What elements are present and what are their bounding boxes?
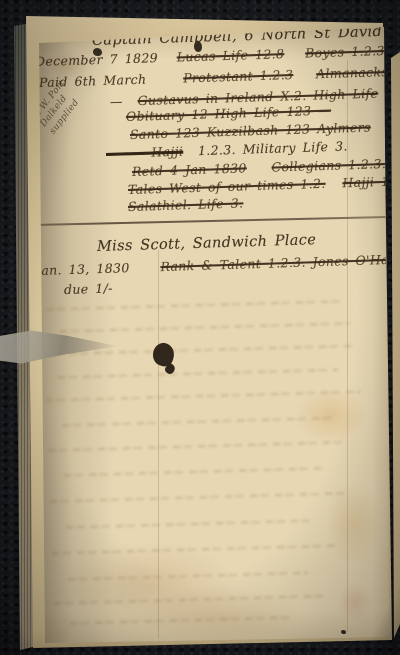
paper-stain bbox=[135, 585, 300, 645]
bleedthrough-line bbox=[66, 519, 316, 529]
struck-entry: Collegians 1.2.3. bbox=[271, 158, 386, 174]
struck-entry: Rank & Talent 1.2.3. Jones O'Hara 1 bbox=[160, 253, 400, 274]
bleedthrough-line bbox=[68, 571, 308, 581]
bleedthrough-line bbox=[62, 416, 332, 427]
bleedthrough-line bbox=[50, 492, 345, 503]
payment-note: Paid 6th March bbox=[39, 74, 147, 90]
ledger-line: due 1/- bbox=[64, 282, 113, 296]
customer-name-header: Miss Scott, Sandwich Place bbox=[97, 233, 317, 254]
bleedthrough-line bbox=[46, 390, 361, 402]
ledger-line: Salathiel. Life 3. bbox=[128, 197, 244, 213]
struck-entry: Salathiel. Life 3. bbox=[128, 197, 244, 213]
struck-entry: Hajji 1.2.3 bbox=[342, 175, 400, 190]
bleedthrough-line bbox=[46, 300, 346, 311]
struck-entry: Tales West of our times 1.2. bbox=[128, 178, 326, 197]
ink-speck bbox=[341, 630, 346, 634]
bleedthrough-line bbox=[70, 616, 290, 625]
ditto-dash: — bbox=[110, 96, 123, 109]
paper-stain bbox=[338, 582, 372, 622]
bleedthrough-line bbox=[58, 368, 338, 379]
struck-entry: Retd 4 Jan 1830 bbox=[132, 162, 247, 178]
entry-divider-rule bbox=[33, 216, 386, 226]
ledger-line: Jan. 13, 1830 Rank & Talent 1.2.3. Jones… bbox=[36, 253, 400, 278]
entry-date: December 7 1829 bbox=[35, 52, 158, 68]
struck-entry: Almanacks R.3 bbox=[316, 65, 400, 81]
struck-entry: ——— Hajji bbox=[106, 146, 184, 161]
struck-entry: Protestant 1.2.3 bbox=[183, 69, 294, 85]
bleedthrough-line bbox=[48, 441, 348, 452]
ledger-line: Tales West of our times 1.2. Hajji 1.2.3 bbox=[128, 175, 400, 197]
struck-entry: Lucas Life 12.8 bbox=[177, 48, 285, 64]
bleedthrough-line bbox=[64, 467, 324, 477]
ledger-page: In W. Port Dalkeld supplied Captain Camp… bbox=[0, 0, 400, 655]
due-note: due 1/- bbox=[64, 282, 113, 296]
photographed-ledger-scene: In W. Port Dalkeld supplied Captain Camp… bbox=[0, 0, 400, 655]
bleedthrough-line bbox=[60, 322, 350, 333]
struck-entry: Boyes 1.2.3 bbox=[305, 45, 385, 60]
paper-crease bbox=[158, 250, 159, 638]
customer-name: Miss Scott, Sandwich Place bbox=[97, 233, 317, 254]
ink-blot bbox=[151, 341, 177, 368]
bleedthrough-line bbox=[52, 544, 337, 555]
bleedthrough-line bbox=[54, 594, 324, 605]
entry-amount: 1.2.3. Military Life 3. bbox=[198, 140, 348, 157]
entry-date: Jan. 13, 1830 bbox=[36, 262, 130, 277]
